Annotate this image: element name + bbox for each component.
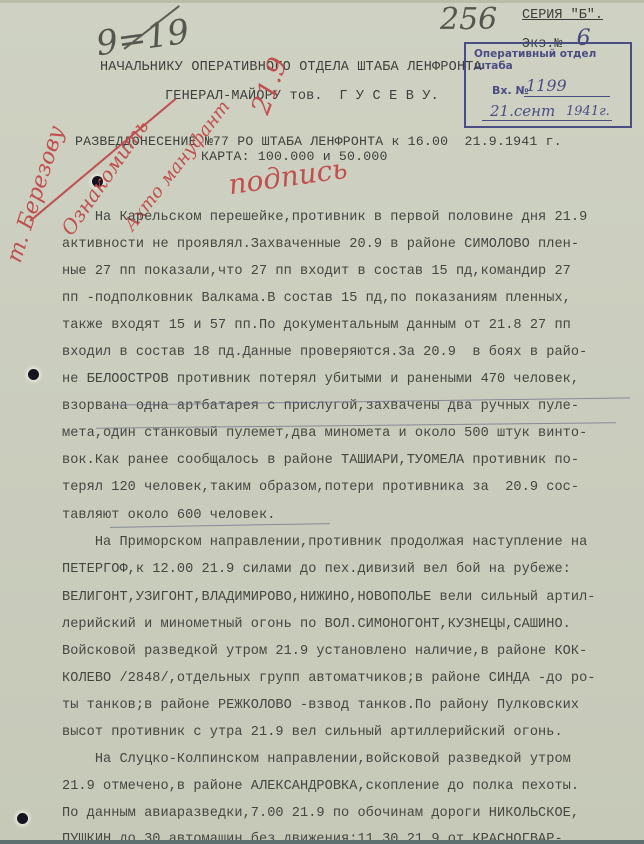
- body-text-line: тавляют около 600 человек.: [62, 508, 275, 523]
- archive-number: 256: [440, 2, 497, 37]
- body-text-line: Войсковой разведкой утром 21.9 установле…: [62, 644, 587, 659]
- body-text-line: ные 27 пп показали,что 27 пп входит в со…: [62, 264, 571, 279]
- stamp-underline: [482, 120, 612, 121]
- punch-hole-middle: [28, 369, 39, 380]
- handwritten-corner-note: 9=19: [94, 12, 192, 65]
- stamp-underline: [524, 96, 610, 97]
- body-text-line: активности не проявлял.Захваченные 20.9 …: [62, 237, 579, 252]
- body-text-line: ПЕТЕРГОФ,к 12.00 21.9 силами до пех.диви…: [62, 562, 571, 577]
- body-text-line: также входят 15 и 57 пп.По документальны…: [62, 318, 571, 333]
- body-text-line: лерийский и минометный огонь по ВОЛ.СИМО…: [62, 617, 571, 632]
- body-text-line: 21.9 отмечено,в районе АЛЕКСАНДРОВКА,ско…: [62, 779, 579, 794]
- body-text-line: По данным авиаразведки,7.00 21.9 по обоч…: [62, 806, 579, 821]
- stamp-title: Оперативный отдел штаба: [474, 48, 630, 72]
- pencil-underline: [110, 523, 330, 528]
- incoming-stamp: Оперативный отдел штаба Вх. № 1199 21.се…: [464, 42, 632, 128]
- body-text-line: входил в состав 18 пд.Данные проверяются…: [62, 345, 587, 360]
- punch-hole-bottom: [17, 813, 28, 824]
- stamp-incoming-number: 1199: [526, 76, 567, 95]
- body-text-line: ты танков;в районе РЕЖКОЛОВО -взвод танк…: [62, 698, 579, 713]
- body-text-line: На Приморском направлении,противник прод…: [62, 535, 587, 550]
- series-label: СЕРИЯ "Б".: [522, 8, 603, 23]
- body-text-line: терял 120 человек,таким образом,потери п…: [62, 480, 579, 495]
- stamp-date: 21.сент: [490, 102, 555, 120]
- body-text-line: ВЕЛИГОНТ,УЗИГОНТ,ВЛАДИМИРОВО,НИЖИНО,НОВО…: [62, 590, 596, 605]
- body-text-line: КОЛЕВО /2848/,отдельных групп автоматчик…: [62, 671, 596, 686]
- stamp-year: 1941г.: [566, 104, 610, 119]
- scan-bottom-edge: [0, 840, 644, 844]
- body-text-line: На Карельском перешейке,противник в перв…: [62, 210, 587, 225]
- scanned-document-page: 9=19 256 СЕРИЯ "Б". Экз.№ 6 Оперативный …: [0, 0, 644, 844]
- addressee-line-2: ГЕНЕРАЛ-МАЙОРУ тов. Г У С Е В У.: [165, 89, 439, 104]
- body-text-line: не БЕЛООСТРОВ противник потерял убитыми …: [62, 372, 579, 387]
- scan-top-edge: [0, 0, 644, 3]
- body-text-line: На Слуцко-Колпинском направлении,войсков…: [62, 752, 571, 767]
- body-text-line: вок.Как ранее сообщалось в районе ТАШИАР…: [62, 453, 579, 468]
- body-text-line: высот противник с утра 21.9 вел сильный …: [62, 725, 563, 740]
- body-text-line: пп -подполковник Валкама.В состав 15 пд,…: [62, 291, 571, 306]
